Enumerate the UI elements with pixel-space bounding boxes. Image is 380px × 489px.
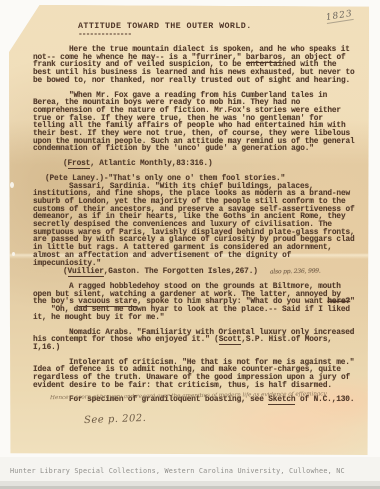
citation-vuillier-text: (Vuillier,Gaston. The Forgotten Isles,26…: [63, 268, 258, 277]
library-caption: Hunter Library Special Collections, West…: [10, 467, 345, 475]
paper-blemish: [10, 182, 14, 188]
paragraph-biltmore-reply: "Oh, dad sent me down hyar to look at th…: [33, 307, 356, 322]
scanned-document-page: 1823 ATTITUDE TOWARD THE OUTER WORLD. --…: [9, 5, 369, 455]
citation-frost: (Frost, Atlantic Monthly,83:316.): [63, 161, 356, 169]
paper-blemish: [12, 252, 15, 256]
paragraph-intolerant: Intolerant of criticism. "He that is not…: [33, 360, 356, 391]
paragraph-nomadic-arabs: Nomadic Arabs. "Familiarity with Orienta…: [33, 330, 356, 353]
handwritten-citation-note: also pp. 236, 999.: [270, 268, 321, 277]
citation-vuillier: (Vuillier,Gaston. The Forgotten Isles,26…: [63, 268, 356, 277]
paragraph-dialect: Here the true mountain dialect is spoken…: [33, 47, 356, 86]
paragraph-sassari: Sassari, Sardinia. "With its chief build…: [33, 184, 356, 269]
handwritten-see-page-note: See p. 202.: [84, 413, 147, 426]
library-caption-strip: Hunter Library Special Collections, West…: [0, 457, 380, 489]
paragraph-biltmore: A ragged hobbledehoy stood on the ground…: [33, 284, 356, 307]
title-underline: --------------: [78, 31, 356, 38]
paragraph-fox-quote: "When Mr. Fox gave a reading from his Cu…: [33, 93, 356, 155]
